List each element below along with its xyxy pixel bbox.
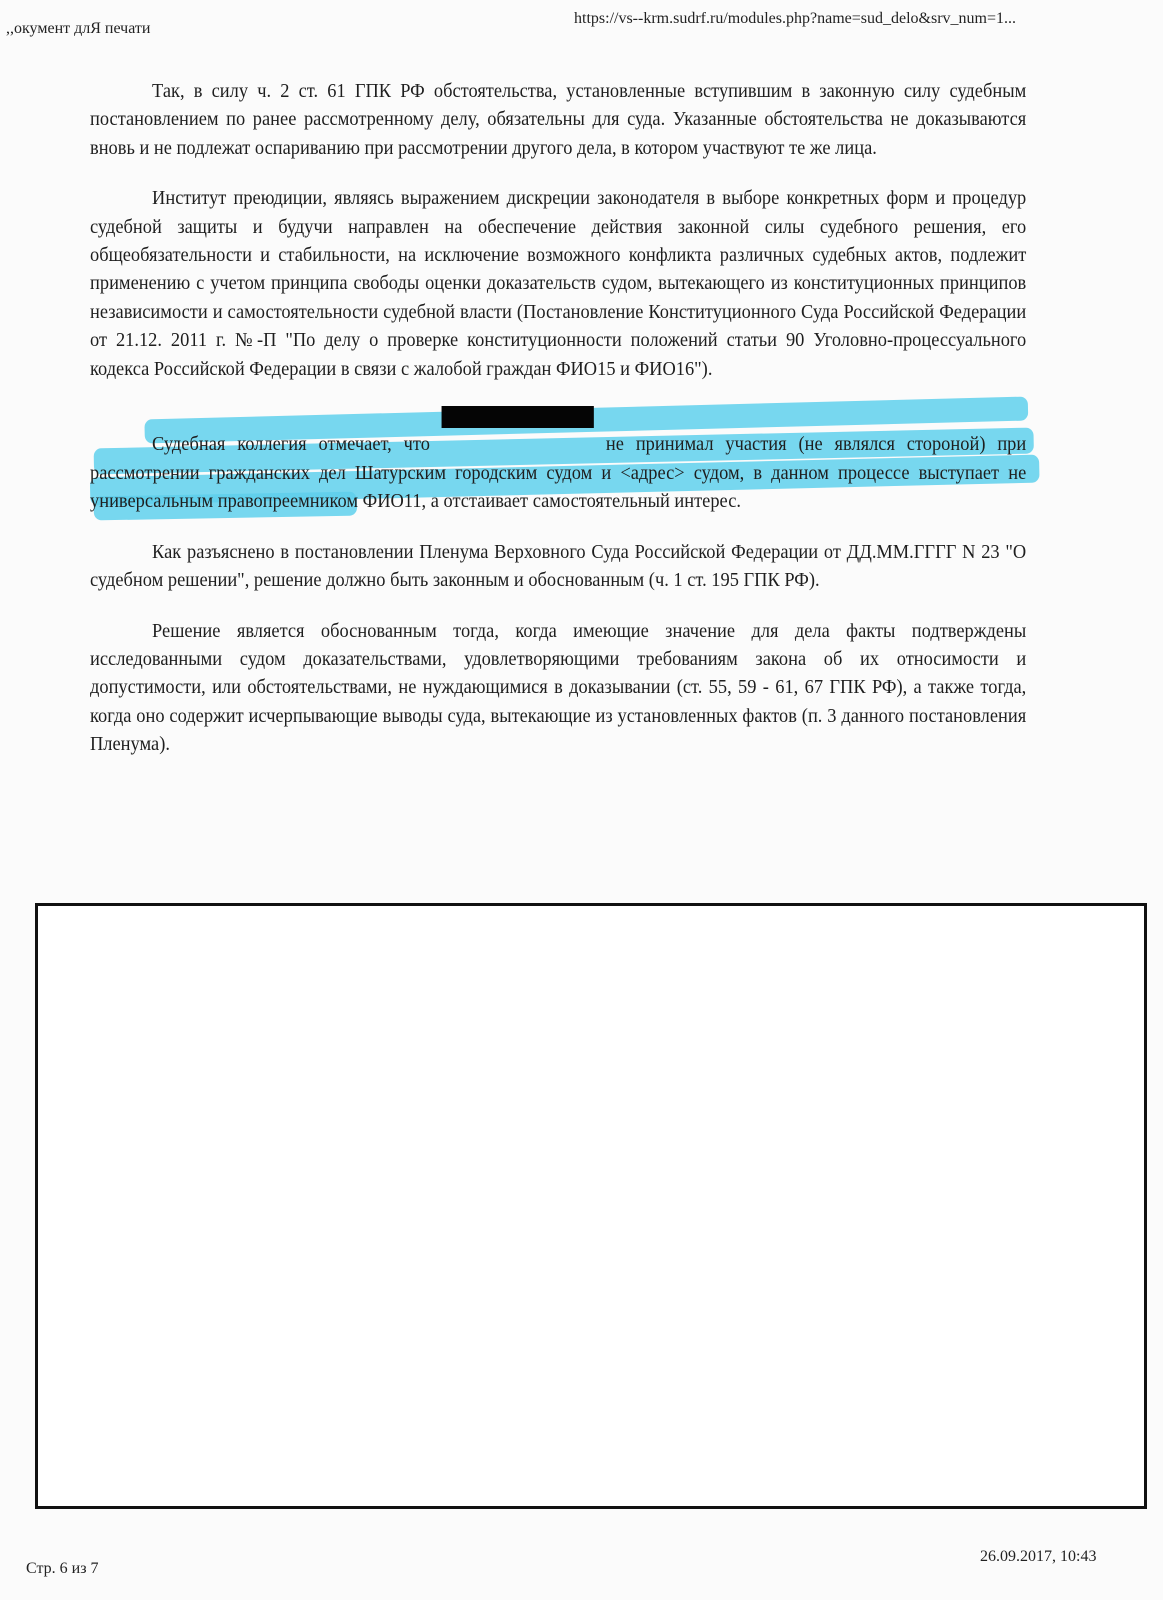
blank-content-box [35,903,1147,1509]
page-number: Стр. 6 из 7 [26,1560,99,1578]
page-url: https://vs--krm.sudrf.ru/modules.php?nam… [574,10,1016,28]
print-document-title: ,,окумент длЯ печати [6,20,150,38]
redacted-name: Копинько Н.Н. [442,406,594,428]
paragraph-highlighted-collegium-note: Судебная коллегия отмечает, что Копинько… [90,406,1026,517]
paragraph-prejudice-rule: Так, в силу ч. 2 ст. 61 ГПК РФ обстоятел… [90,78,1026,163]
print-timestamp: 26.09.2017, 10:43 [980,1548,1096,1566]
paragraph-justified-decision: Решение является обоснованным тогда, ког… [90,618,1026,760]
document-body: Так, в силу ч. 2 ст. 61 ГПК РФ обстоятел… [90,78,1026,782]
paragraph-prejudice-institute: Институт преюдиции, являясь выражением д… [90,185,1026,384]
paragraph-plenum-explanation: Как разъяснено в постановлении Пленума В… [90,539,1026,596]
paragraph-text-start: Судебная коллегия отмечает, что [152,434,442,455]
